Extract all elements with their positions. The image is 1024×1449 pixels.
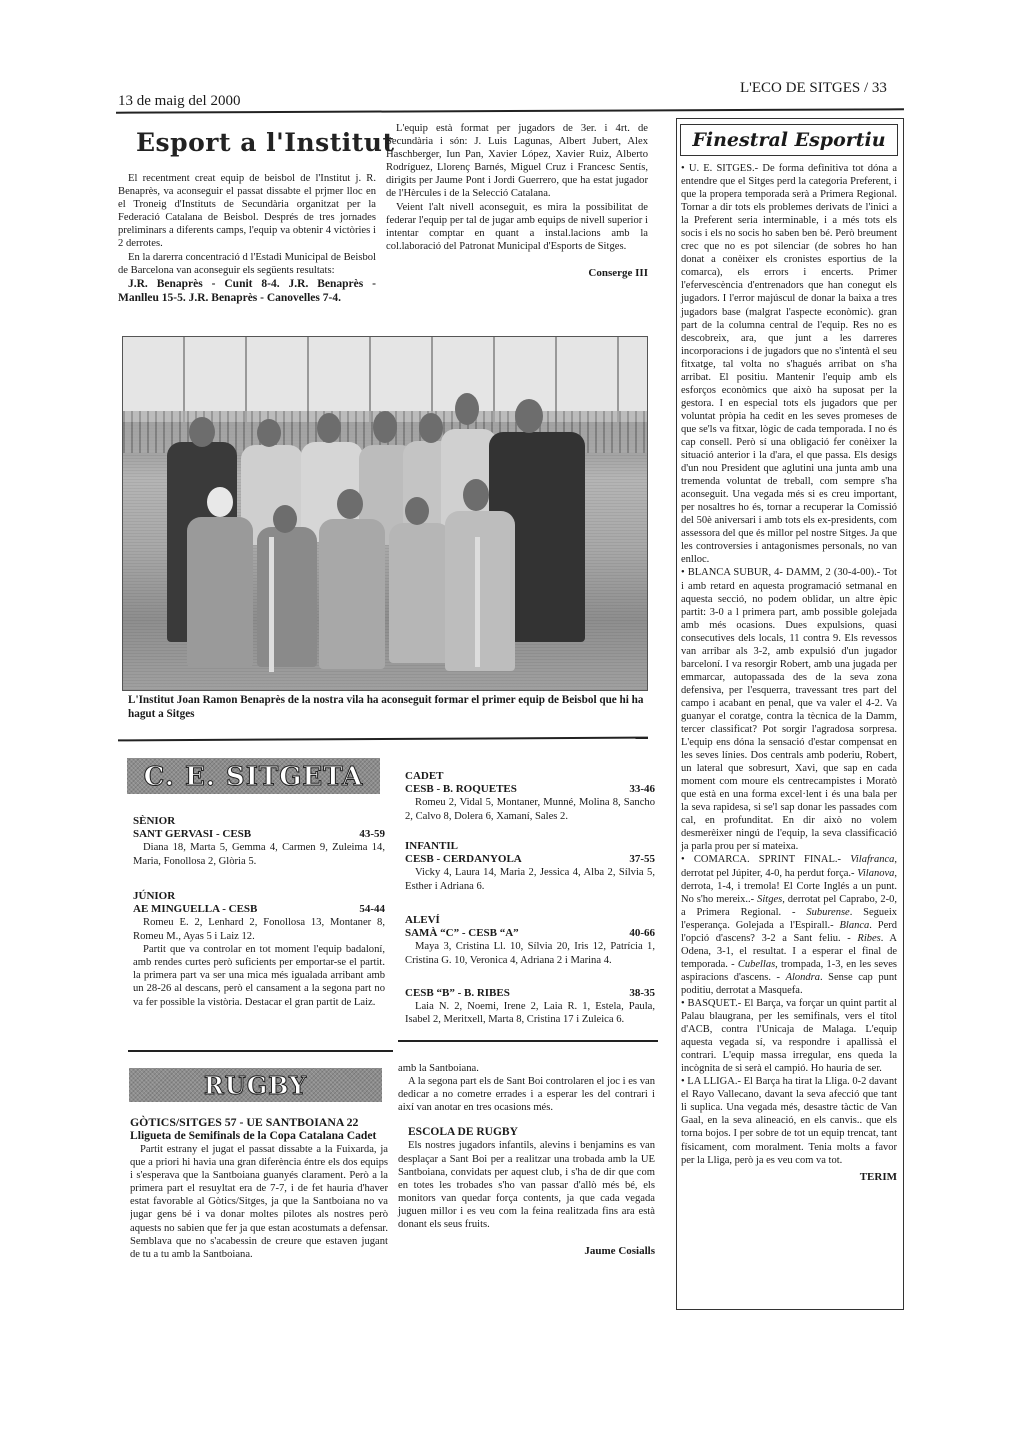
item-lead: • U. E. SITGES.- <box>681 163 758 174</box>
match-teams: SAMÀ “C” - CESB “A” <box>405 927 519 940</box>
player-head <box>273 505 297 533</box>
escola-title: ESCOLA DE RUGBY <box>398 1126 655 1139</box>
players-list: Romeu E. 2, Lenhard 2, Fonollosa 13, Mon… <box>133 916 385 942</box>
player-head <box>317 413 341 443</box>
player-head <box>455 393 479 425</box>
esport-col-1: El recentment creat equip de beisbol de … <box>118 172 376 305</box>
rugby-paragraph-3: Els nostres jugadors infantils, alevins … <box>398 1139 655 1231</box>
player-head <box>189 417 215 447</box>
player-head <box>257 419 281 447</box>
rugby-paragraph-1: Partit estrany el jugat el passat dissab… <box>130 1143 388 1284</box>
item-lead: • LA LLIGA.- <box>681 1076 741 1087</box>
esport-col-2: L'equip està format per jugadors de 3er.… <box>386 122 648 280</box>
rugby-signature: Jaume Cosialls <box>398 1245 655 1258</box>
item-text: El Barça ha tirat la Lliga. 0-2 davant e… <box>681 1076 897 1165</box>
team-name: Alondra <box>786 972 820 983</box>
category-label: INFANTIL <box>405 840 655 853</box>
sitgeta-block-alevi-b: CESB “B” - B. RIBES38-35 Laia N. 2, Noem… <box>405 987 655 1027</box>
match-teams: CESB - CERDANYOLA <box>405 853 522 866</box>
players-list: Maya 3, Cristina Ll. 10, Sílvia 20, Iris… <box>405 940 655 966</box>
finestral-item-comarca: • COMARCA. SPRINT FINAL.- Vilafranca, de… <box>681 853 897 997</box>
sitgeta-banner: C. E. SITGETA <box>127 758 380 794</box>
rugby-headline: GÒTICS/SITGES 57 - UE SANTBOIANA 22 <box>130 1115 388 1129</box>
finestral-item-la-lliga: • LA LLIGA.- El Barça ha tirat la Lliga.… <box>681 1075 897 1166</box>
match-teams: SANT GERVASI - CESB <box>133 828 251 841</box>
team-name: Vilanova <box>857 868 894 879</box>
player-head <box>207 487 233 517</box>
team-name: Blanca <box>840 920 870 931</box>
rugby-paragraph-1-cont: amb la Santboiana. <box>398 1062 655 1075</box>
finestral-title: Finestral Esportiu <box>680 124 898 156</box>
finestral-body: • U. E. SITGES.- De forma definitiva tot… <box>681 162 897 1184</box>
baseball-bat <box>475 537 480 667</box>
match-line: SANT GERVASI - CESB43-59 <box>133 828 385 841</box>
match-teams: CESB “B” - B. RIBES <box>405 987 510 1000</box>
match-score: 37-55 <box>629 853 655 866</box>
sitgeta-block-senior: SÈNIOR SANT GERVASI - CESB43-59 Diana 18… <box>133 815 385 868</box>
sitgeta-block-infantil: INFANTIL CESB - CERDANYOLA37-55 Vicky 4,… <box>405 840 655 893</box>
category-label: ALEVÍ <box>405 914 655 927</box>
player-figure <box>257 527 317 667</box>
finestral-item-blanca-subur: • BLANCA SUBUR, 4- DAMM, 2 (30-4-00).- T… <box>681 566 897 853</box>
esport-signature: Conserge III <box>386 267 648 280</box>
esport-paragraph-3: L'equip està format per jugadors de 3er.… <box>386 122 648 201</box>
finestral-item-basquet: • BASQUET.- El Barça, va forçar un quint… <box>681 997 897 1075</box>
match-line: SAMÀ “C” - CESB “A”40-66 <box>405 927 655 940</box>
esport-paragraph-2: En la darerra concentració d l'Estadi Mu… <box>118 251 376 277</box>
category-label: CADET <box>405 770 655 783</box>
player-figure <box>389 523 451 663</box>
publication-page: L'ECO DE SITGES / 33 <box>740 80 887 97</box>
players-list: Diana 18, Marta 5, Gemma 4, Carmen 9, Zu… <box>133 841 385 867</box>
match-score: 33-46 <box>629 783 655 796</box>
finestral-signature: TERIM <box>681 1171 897 1184</box>
item-text: El Barça, va forçar un quint partit al P… <box>681 998 897 1074</box>
players-list: Romeu 2, Vidal 5, Montaner, Munné, Molin… <box>405 796 655 822</box>
team-name: Cubellas <box>738 959 775 970</box>
category-label: JÚNIOR <box>133 890 385 903</box>
player-figure <box>445 511 515 671</box>
esport-paragraph-4: Veient l'alt nivell aconseguit, es mira … <box>386 201 648 253</box>
match-score: 40-66 <box>629 927 655 940</box>
rugby-subhead: Lligueta de Semifinals de la Copa Catala… <box>130 1129 388 1143</box>
team-name: Ribes <box>857 933 880 944</box>
baseball-team-photo <box>122 336 648 691</box>
photo-stands <box>123 337 647 422</box>
match-score: 43-59 <box>359 828 385 841</box>
match-line: CESB “B” - B. RIBES38-35 <box>405 987 655 1000</box>
item-lead: • COMARCA. SPRINT FINAL.- <box>681 854 841 865</box>
section-rule <box>398 1040 658 1042</box>
baseball-bat <box>269 537 274 672</box>
player-head <box>419 413 443 443</box>
match-teams: CESB - B. ROQUETES <box>405 783 517 796</box>
player-head <box>373 411 397 443</box>
rugby-col-1: GÒTICS/SITGES 57 - UE SANTBOIANA 22 Llig… <box>130 1115 388 1284</box>
player-figure <box>187 517 253 667</box>
players-list: Vicky 4, Laura 14, Maria 2, Jessica 4, A… <box>405 866 655 892</box>
team-name: Vilafranca <box>850 854 894 865</box>
article-title-esport: Esport a l'Institut <box>136 128 395 157</box>
team-name: Sitges <box>757 894 782 905</box>
esport-paragraph-1: El recentment creat equip de beisbol de … <box>118 172 376 251</box>
rugby-paragraph-2: A la segona part els de Sant Boi control… <box>398 1075 655 1114</box>
finestral-item-ue-sitges: • U. E. SITGES.- De forma definitiva tot… <box>681 162 897 566</box>
sitgeta-block-junior: JÚNIOR AE MINGUELLA - CESB54-44 Romeu E.… <box>133 890 385 1009</box>
item-lead: • BASQUET.- <box>681 998 741 1009</box>
sitgeta-block-cadet: CADET CESB - B. ROQUETES33-46 Romeu 2, V… <box>405 770 655 823</box>
issue-date: 13 de maig del 2000 <box>118 93 240 110</box>
match-teams: AE MINGUELLA - CESB <box>133 903 257 916</box>
team-name: Suburense <box>806 907 849 918</box>
match-score: 38-35 <box>629 987 655 1000</box>
rugby-banner: RUGBY <box>129 1068 382 1102</box>
player-head <box>463 479 489 511</box>
match-score: 54-44 <box>359 903 385 916</box>
coach-head <box>515 399 543 433</box>
item-text: Vilafranca, derrotat pel Júpiter, 4-0, h… <box>681 854 897 995</box>
category-label: SÈNIOR <box>133 815 385 828</box>
item-text: Tot i amb retard en aquesta programació … <box>681 567 897 852</box>
match-line: CESB - B. ROQUETES33-46 <box>405 783 655 796</box>
match-line: AE MINGUELLA - CESB54-44 <box>133 903 385 916</box>
player-head <box>405 497 429 525</box>
match-comment: Partit que va controlar en tot moment l'… <box>133 943 385 1009</box>
player-figure <box>319 519 385 669</box>
sitgeta-block-alevi: ALEVÍ SAMÀ “C” - CESB “A”40-66 Maya 3, C… <box>405 914 655 967</box>
esport-results: J.R. Benaprès - Cunit 8-4. J.R. Benaprès… <box>118 277 376 305</box>
item-text: De forma definitiva tot dóna a entendre … <box>681 163 897 565</box>
players-list: Laia N. 2, Noemi, Irene 2, Laia R. 1, Es… <box>405 1000 655 1026</box>
section-rule <box>118 737 648 742</box>
photo-caption: L'Institut Joan Ramon Benaprès de la nos… <box>128 693 648 721</box>
item-lead: • BLANCA SUBUR, 4- DAMM, 2 (30-4-00).- <box>681 567 880 578</box>
section-rule <box>128 1050 393 1052</box>
player-head <box>337 489 363 519</box>
match-line: CESB - CERDANYOLA37-55 <box>405 853 655 866</box>
rugby-col-2: amb la Santboiana. A la segona part els … <box>398 1062 655 1258</box>
